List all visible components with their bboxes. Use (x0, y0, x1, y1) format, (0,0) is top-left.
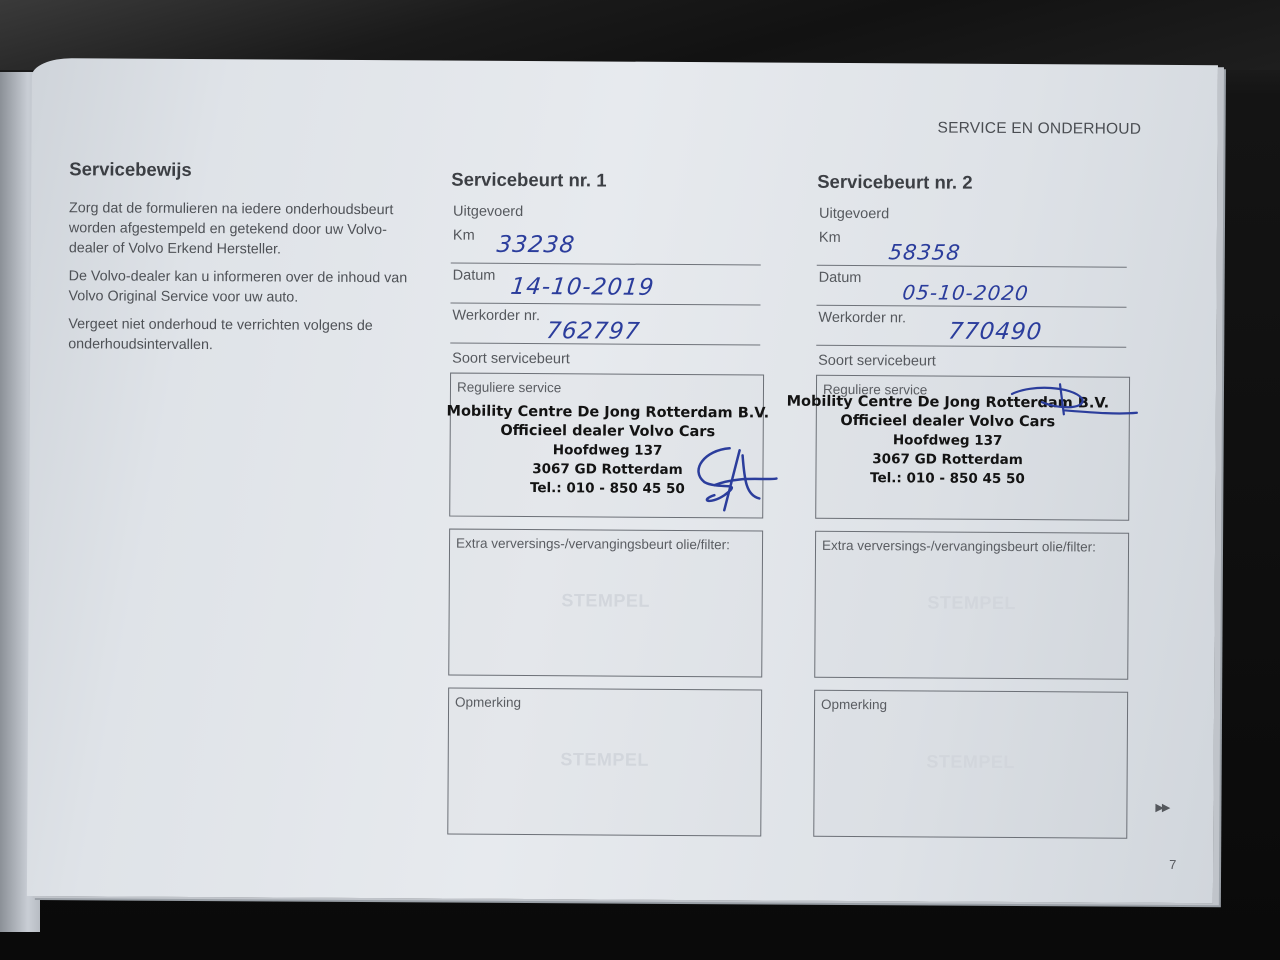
km-field[interactable]: Km 33238 (451, 224, 761, 266)
stempel-placeholder: STEMPEL (450, 590, 762, 613)
stempel-placeholder: STEMPEL (816, 592, 1128, 615)
datum-label: Datum (819, 270, 862, 286)
stamp-dealer-name: Mobility Centre De Jong Rotterdam B.V. (418, 402, 798, 423)
extra-service-box[interactable]: Extra verversings-/vervangingsbeurt olie… (814, 531, 1129, 680)
booklet-page: SERVICE EN ONDERHOUD Servicebewijs Zorg … (27, 58, 1218, 903)
stamp-street: Hoofdweg 137 (758, 430, 1138, 451)
soort-label: Soort servicebeurt (816, 353, 1131, 371)
km-label: Km (453, 228, 475, 244)
werkorder-label: Werkorder nr. (818, 310, 906, 327)
km-label: Km (819, 230, 841, 246)
werkorder-value: 770490 (947, 319, 1044, 346)
datum-field[interactable]: Datum 14-10-2019 (451, 264, 761, 306)
stamp-phone: Tel.: 010 - 850 45 50 (757, 468, 1137, 489)
stamp-city: 3067 GD Rotterdam (758, 449, 1138, 470)
intro-paragraph: Zorg dat de formulieren na iedere onderh… (69, 198, 414, 260)
stamp-phone: Tel.: 010 - 850 45 50 (417, 478, 797, 499)
section-title: SERVICE EN ONDERHOUD (938, 120, 1142, 139)
stamp-street: Hoofdweg 137 (418, 440, 798, 461)
datum-value: 14-10-2019 (509, 274, 656, 301)
dealer-stamp-2: Mobility Centre De Jong Rotterdam B.V. O… (757, 392, 1138, 489)
uitgevoerd-label: Uitgevoerd (451, 204, 766, 222)
double-chevron-right-icon: ▶▶ (1155, 801, 1168, 814)
werkorder-field[interactable]: Werkorder nr. 762797 (450, 304, 760, 346)
werkorder-value: 762797 (545, 318, 642, 345)
km-value: 33238 (495, 232, 576, 258)
extra-service-box[interactable]: Extra verversings-/vervangingsbeurt olie… (448, 529, 763, 678)
stamp-city: 3067 GD Rotterdam (417, 459, 797, 480)
opmerking-label: Opmerking (455, 695, 521, 710)
intro-paragraph: Vergeet niet onderhoud te verrichten vol… (68, 314, 413, 356)
stempel-placeholder: STEMPEL (449, 749, 761, 772)
km-field[interactable]: Km 58358 (817, 226, 1127, 268)
opmerking-box[interactable]: Opmerking STEMPEL (447, 688, 762, 837)
stempel-placeholder: STEMPEL (815, 751, 1127, 774)
regular-service-label: Reguliere service (457, 380, 561, 396)
intro-section: Servicebewijs Zorg dat de formulieren na… (68, 158, 414, 364)
intro-title: Servicebewijs (69, 158, 414, 182)
service-column-1: Servicebeurt nr. 1 Uitgevoerd Km 33238 D… (447, 169, 766, 837)
intro-paragraph: De Volvo-dealer kan u informeren over de… (68, 266, 413, 308)
uitgevoerd-label: Uitgevoerd (817, 206, 1132, 224)
service-column-2: Servicebeurt nr. 2 Uitgevoerd Km 58358 D… (813, 171, 1132, 839)
km-value: 58358 (887, 240, 961, 264)
opmerking-box[interactable]: Opmerking STEMPEL (813, 690, 1128, 839)
datum-value: 05-10-2020 (901, 280, 1030, 305)
service-title: Servicebeurt nr. 2 (817, 171, 1132, 195)
dealer-stamp-1: Mobility Centre De Jong Rotterdam B.V. O… (417, 402, 798, 499)
datum-label: Datum (453, 268, 496, 284)
datum-field[interactable]: Datum 05-10-2020 (817, 266, 1127, 308)
stamp-subtitle: Officieel dealer Volvo Cars (418, 421, 798, 442)
werkorder-label: Werkorder nr. (452, 308, 540, 325)
stamp-subtitle: Officieel dealer Volvo Cars (758, 411, 1138, 432)
service-title: Servicebeurt nr. 1 (451, 169, 766, 193)
extra-service-label: Extra verversings-/vervangingsbeurt olie… (822, 538, 1096, 555)
stamp-dealer-name: Mobility Centre De Jong Rotterdam B.V. (758, 392, 1138, 413)
werkorder-field[interactable]: Werkorder nr. 770490 (816, 306, 1126, 348)
page-number: 7 (1169, 857, 1176, 872)
extra-service-label: Extra verversings-/vervangingsbeurt olie… (456, 536, 730, 553)
soort-label: Soort servicebeurt (450, 351, 765, 369)
opmerking-label: Opmerking (821, 697, 887, 712)
